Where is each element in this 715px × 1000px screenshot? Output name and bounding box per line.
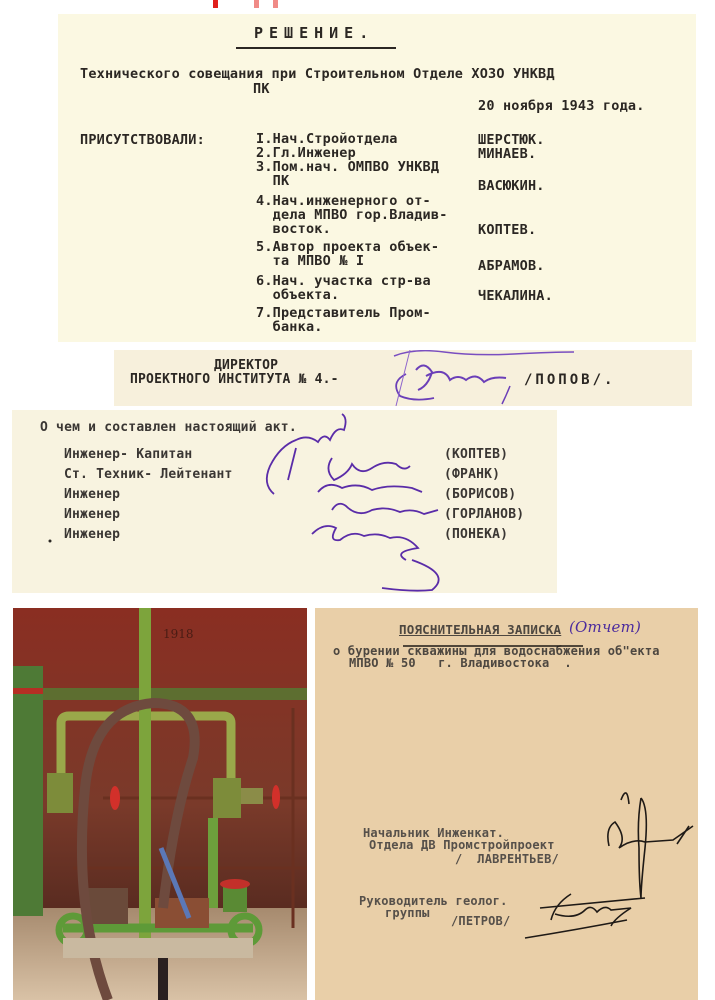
pipes-photo-icon: 1918 — [13, 608, 307, 1000]
attendee-name: МИНАЕВ. — [478, 146, 536, 162]
attendee-name: ВАСЮКИН. — [478, 178, 545, 194]
attendee-role: I.Нач.Стройотдела — [256, 132, 398, 146]
attendee-name: АБРАМОВ. — [478, 258, 545, 274]
pump-room-photo: 1918 — [13, 608, 307, 1000]
red-mark — [254, 0, 259, 8]
act-signatures-document: О чем и составлен настоящий акт. Инженер… — [12, 410, 557, 593]
attendee-role: дела МПВО гор.Владив- — [256, 208, 448, 222]
red-mark — [213, 0, 218, 8]
director-name: /ПОПОВ/. — [524, 372, 615, 388]
svg-text:1918: 1918 — [163, 627, 194, 641]
attendee-name: ЧЕКАЛИНА. — [478, 288, 553, 304]
attendee-role: 3.Пом.нач. ОМПВО УНКВД — [256, 160, 439, 174]
document-date: 20 ноября 1943 года. — [478, 98, 645, 114]
attendee-role: восток. — [256, 222, 331, 236]
attendee-role: объекта. — [256, 288, 339, 302]
attendee-role: 6.Нач. участка стр-ва — [256, 274, 431, 288]
signature-icon — [315, 608, 698, 1000]
document-subtitle-region: ПК — [253, 81, 270, 97]
explanatory-note-document: ПОЯСНИТЕЛЬНАЯ ЗАПИСКА (Отчет) о бурении … — [315, 608, 698, 1000]
red-mark — [273, 0, 278, 8]
document-subtitle: Технического совещания при Строительном … — [80, 66, 555, 82]
decision-document: РЕШЕНИЕ. Технического совещания при Стро… — [58, 14, 696, 342]
attendee-role: банка. — [256, 320, 323, 334]
attendee-role: 5.Автор проекта объек- — [256, 240, 439, 254]
director-signature-document: ДИРЕКТОР ПРОЕКТНОГО ИНСТИТУТА № 4.- /ПОП… — [114, 350, 692, 406]
attendee-name: КОПТЕВ. — [478, 222, 536, 238]
attendee-role: 7.Представитель Пром- — [256, 306, 431, 320]
title-underline — [236, 47, 396, 49]
document-title: РЕШЕНИЕ. — [254, 24, 374, 42]
signature-icon — [12, 410, 557, 593]
attendee-role: 4.Нач.инженерного от- — [256, 194, 431, 208]
attendee-role: 2.Гл.Инженер — [256, 146, 356, 160]
attendee-role: ПК — [256, 174, 289, 188]
present-label: ПРИСУТСТВОВАЛИ: — [80, 132, 205, 148]
attendee-role: та МПВО № I — [256, 254, 364, 268]
